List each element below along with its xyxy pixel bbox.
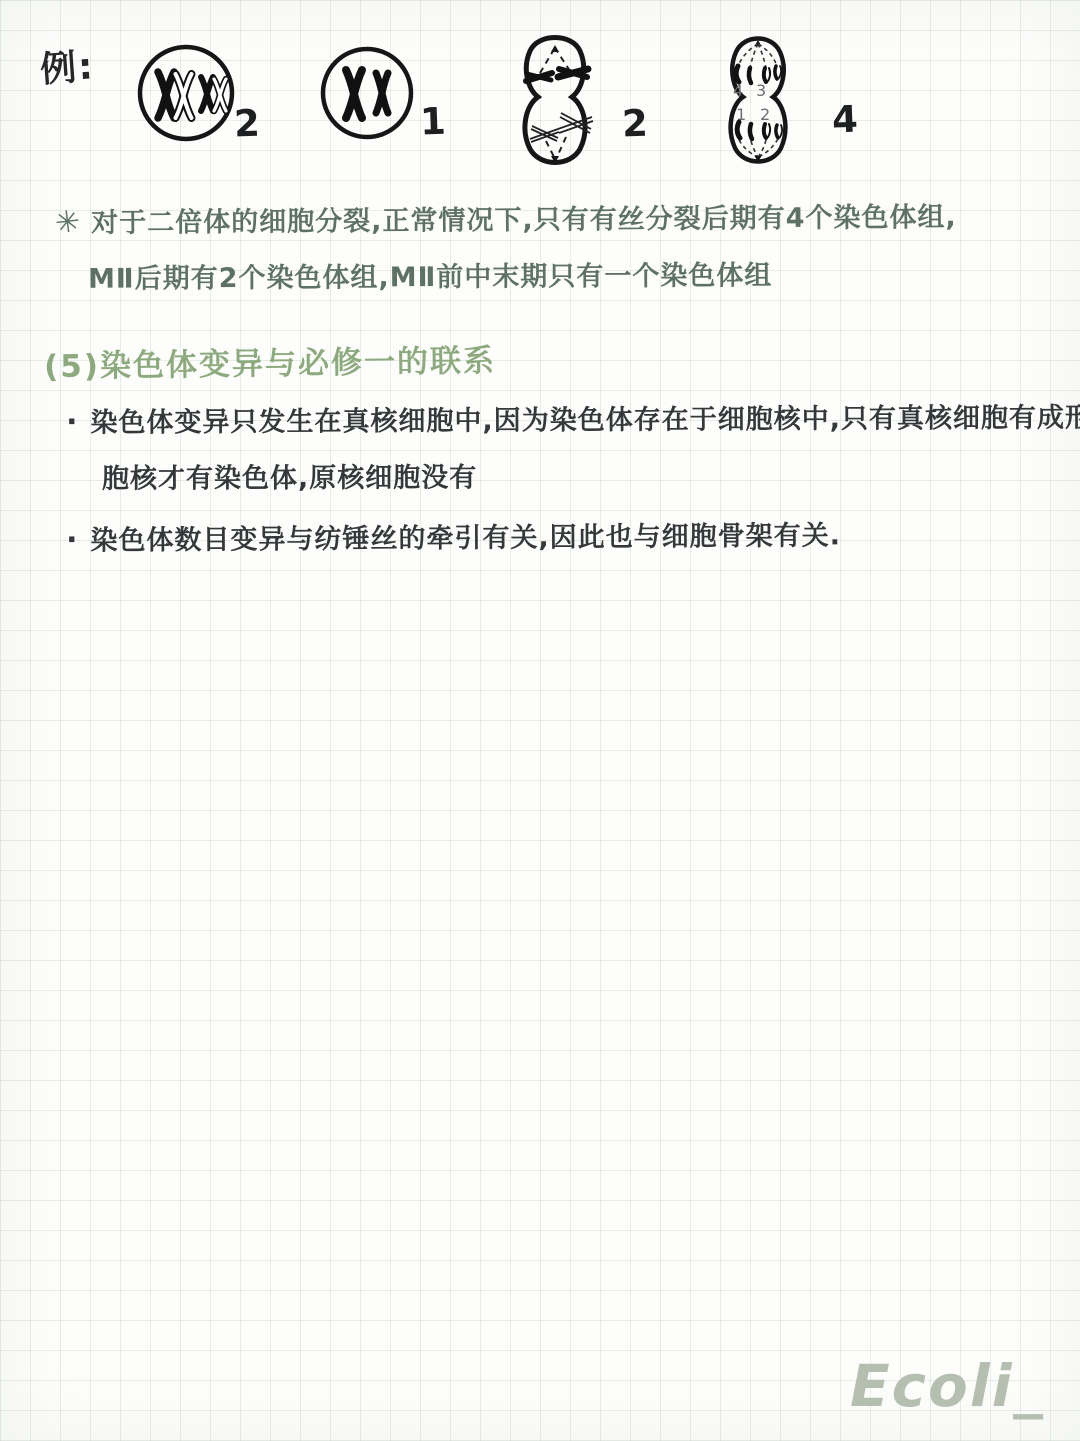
dividing-cell-membrane <box>731 39 786 162</box>
section-5-heading: (5)染色体变异与必修一的联系 <box>44 335 496 386</box>
cell-membrane <box>323 49 411 137</box>
notebook-page: 例: 2 <box>0 0 1080 1441</box>
bullet-1-line-2: 胞核才有染色体,原核细胞没有 <box>102 455 477 495</box>
star-note-line-1: ✳对于二倍体的细胞分裂,正常情况下,只有有丝分裂后期有4个染色体组, <box>55 195 957 240</box>
example-label: 例: <box>38 38 96 93</box>
chromosome-set-count-1: 2 <box>233 102 260 146</box>
chromosome-set-count-3: 2 <box>621 102 648 146</box>
bullet-1-line-1: ·染色体变异只发生在真核细胞中,因为染色体存在于细胞核中,只有真核细胞有成形细 <box>66 395 1080 440</box>
bullet-1-text-1: 染色体变异只发生在真核细胞中,因为染色体存在于细胞核中,只有真核细胞有成形细 <box>90 402 1080 438</box>
bullet-2-line-1: ·染色体数目变异与纺锤丝的牵引有关,因此也与细胞骨架有关. <box>66 513 841 557</box>
star-note-text-1: 对于二倍体的细胞分裂,正常情况下,只有有丝分裂后期有4个染色体组, <box>91 202 957 239</box>
solid-chromosome <box>201 77 213 111</box>
chromosome-group-bottom <box>737 122 782 139</box>
cell-diagram-4: 4 3 1 2 <box>708 22 808 177</box>
chromosome-number: 4 <box>733 81 743 100</box>
chromosome-set-count-4: 4 <box>831 98 858 142</box>
solid-chromosome <box>526 69 588 81</box>
bullet-dot-icon: · <box>66 523 79 558</box>
dividing-cell-membrane <box>525 38 585 163</box>
watermark: Ecoli_ <box>850 1352 1045 1420</box>
star-marker-icon: ✳ <box>53 204 83 242</box>
solid-chromosome <box>376 73 388 113</box>
bullet-2-text: 染色体数目变异与纺锤丝的牵引有关,因此也与细胞骨架有关. <box>90 520 841 556</box>
bullet-dot-icon: · <box>66 405 79 440</box>
cell-diagram-1 <box>126 33 246 153</box>
chromosome-number: 3 <box>756 81 766 100</box>
outline-chromosome <box>176 74 192 118</box>
chromosome-set-count-2: 1 <box>419 100 446 144</box>
cell-diagram-3 <box>500 25 610 175</box>
spindle-fibers-bottom <box>739 139 778 157</box>
outline-chromosome <box>214 79 226 111</box>
cell-diagram-2 <box>312 38 422 148</box>
star-note-line-2: MⅡ后期有2个染色体组,MⅡ前中末期只有一个染色体组 <box>88 253 773 296</box>
spindle-pole-arrow <box>551 45 559 52</box>
chromosome-number: 2 <box>760 105 770 124</box>
solid-chromosome <box>346 70 362 118</box>
solid-chromosome <box>158 72 174 118</box>
spindle-fibers-top <box>738 44 777 68</box>
